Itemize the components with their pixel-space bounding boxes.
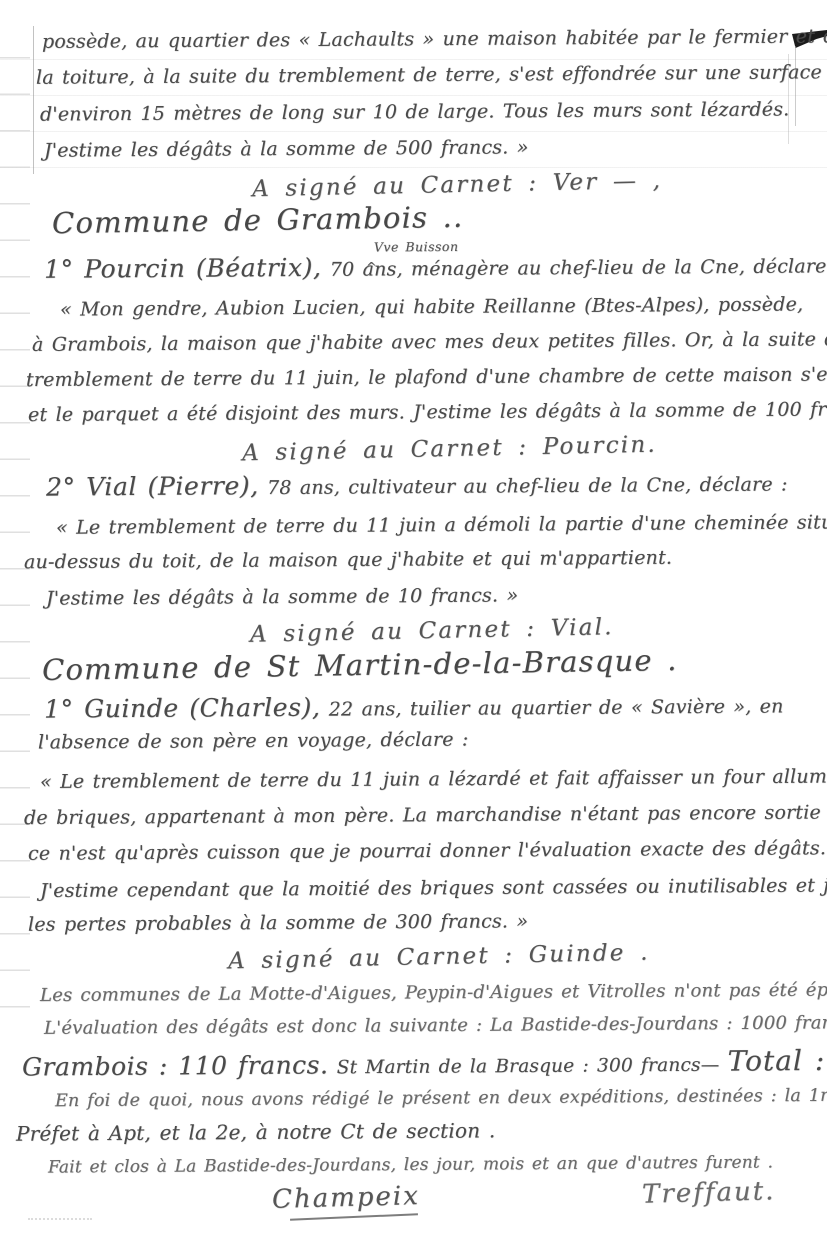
manuscript-line: et le parquet a été disjoint des murs. J… bbox=[28, 398, 827, 426]
total-st-martin: St Martin de la Brasque : 300 francs— bbox=[337, 1055, 720, 1079]
manuscript-line: Les communes de La Motte-d'Aigues, Peypi… bbox=[40, 979, 827, 1006]
signature-note-pourcin: A signé au Carnet : Pourcin. bbox=[242, 432, 657, 467]
total-grambois: Grambois : 110 francs. bbox=[22, 1050, 329, 1081]
manuscript-line: En foi de quoi, nous avons rédigé le pré… bbox=[55, 1085, 827, 1111]
signature-flourish bbox=[290, 1213, 418, 1221]
declarant-details: 70 ans, ménagère au chef-lieu de la Cne,… bbox=[330, 255, 827, 281]
interline-insert: Vve Buisson bbox=[374, 239, 459, 255]
manuscript-page: possède, au quartier des « Lachaults » u… bbox=[0, 0, 827, 1240]
scan-specks bbox=[28, 1218, 92, 1220]
manuscript-line: J'estime cependant que la moitié des bri… bbox=[40, 874, 827, 902]
scan-artifact-line bbox=[795, 46, 796, 126]
manuscript-line: L'évaluation des dégâts est donc la suiv… bbox=[44, 1012, 827, 1039]
declaration-pourcin-header: 1° Pourcin (Béatrix), 70 ans, ménagère a… bbox=[44, 249, 827, 284]
left-margin-line bbox=[33, 26, 34, 174]
left-ruling-ticks bbox=[0, 22, 30, 1037]
manuscript-line: les pertes probables à la somme de 300 f… bbox=[28, 910, 528, 935]
manuscript-line: au-dessus du toit, de la maison que j'ha… bbox=[24, 547, 672, 574]
declarant-name: 2° Vial (Pierre), bbox=[46, 471, 259, 501]
declarant-details: 22 ans, tuilier au quartier de « Savière… bbox=[329, 695, 784, 720]
manuscript-line: « Le tremblement de terre du 11 juin a l… bbox=[40, 765, 827, 793]
manuscript-line: Préfet à Apt, et la 2e, à notre Ct de se… bbox=[16, 1118, 496, 1145]
manuscript-line: à Grambois, la maison que j'habite avec … bbox=[32, 328, 827, 356]
section-heading-grambois: Commune de Grambois .. bbox=[52, 200, 464, 240]
manuscript-line: Fait et clos à La Bastide-des-Jourdans, … bbox=[48, 1152, 773, 1177]
manuscript-line: tremblement de terre du 11 juin, le plaf… bbox=[26, 363, 827, 391]
manuscript-line: J'estime les dégâts à la somme de 500 fr… bbox=[44, 136, 529, 161]
manuscript-line: de briques, appartenant à mon père. La m… bbox=[24, 801, 827, 829]
signature-champeix: Champeix bbox=[272, 1181, 421, 1215]
manuscript-line: J'estime les dégâts à la somme de 10 fra… bbox=[46, 584, 518, 609]
declaration-guinde-header: 1° Guinde (Charles), 22 ans, tuilier au … bbox=[44, 689, 784, 723]
totals-line: Grambois : 110 francs. St Martin de la B… bbox=[22, 1042, 827, 1082]
total-general: Total : 1410 francs. bbox=[727, 1042, 827, 1077]
signature-note-vial: A signé au Carnet : Vial. bbox=[250, 614, 614, 648]
signature-treffaut: Treffaut. bbox=[642, 1176, 776, 1209]
declarant-name: 1° Guinde (Charles), bbox=[44, 693, 321, 724]
manuscript-line: possède, au quartier des « Lachaults » u… bbox=[42, 25, 827, 53]
signature-note-ver: A signé au Carnet : Ver — , bbox=[252, 168, 663, 203]
manuscript-line: « Le tremblement de terre du 11 juin a d… bbox=[56, 511, 827, 539]
declarant-name: 1° Pourcin (Béatrix), bbox=[44, 253, 322, 284]
manuscript-line: d'environ 15 mètres de long sur 10 de la… bbox=[40, 98, 790, 125]
manuscript-line: la toiture, à la suite du tremblement de… bbox=[36, 61, 822, 88]
signature-note-guinde: A signé au Carnet : Guinde . bbox=[228, 940, 650, 975]
manuscript-line: « Mon gendre, Aubion Lucien, qui habite … bbox=[60, 293, 803, 320]
section-heading-st-martin: Commune de St Martin-de-la-Brasque . bbox=[42, 643, 678, 687]
declaration-vial-header: 2° Vial (Pierre), 78 ans, cultivateur au… bbox=[46, 467, 788, 501]
manuscript-line: l'absence de son père en voyage, déclare… bbox=[38, 728, 469, 753]
declarant-details: 78 ans, cultivateur au chef-lieu de la C… bbox=[267, 473, 788, 499]
manuscript-line: ce n'est qu'après cuisson que je pourrai… bbox=[28, 837, 826, 865]
insert-caret: ^ bbox=[366, 260, 377, 275]
